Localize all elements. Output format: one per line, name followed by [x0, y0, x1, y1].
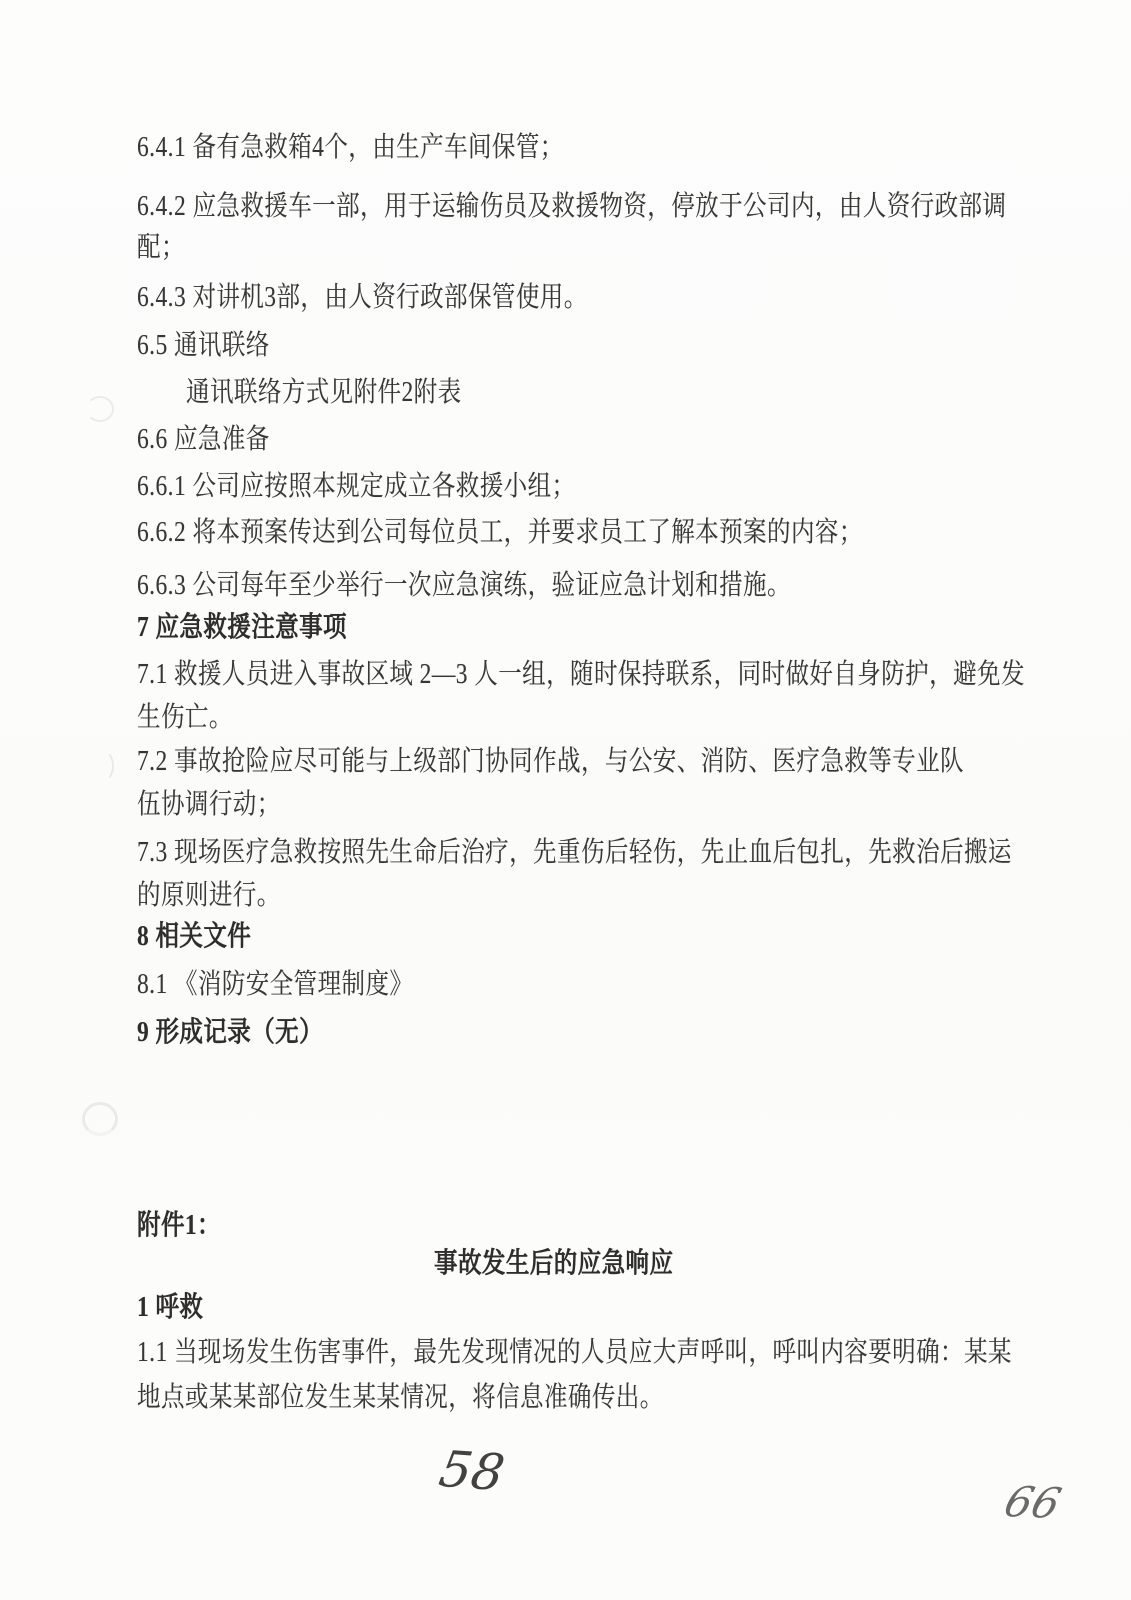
doc-line-7-1-cont: 生伤亡。 [137, 701, 233, 735]
doc-line-6-6-1: 6.6.1 公司应按照本规定成立各救援小组； [137, 470, 575, 504]
doc-line-6-6-3: 6.6.3 公司每年至少举行一次应急演练，验证应急计划和措施。 [137, 569, 791, 603]
doc-line-1-1-cont: 地点或某某部位发生某某情况，将信息准确传出。 [137, 1381, 664, 1415]
doc-line-6-4-2-cont: 配； [137, 231, 185, 265]
doc-line-7-2: 7.2 事故抢险应尽可能与上级部门协同作战，与公安、消防、医疗急救等专业队 [137, 745, 964, 779]
handwritten-page-number-corner: 66 [999, 1477, 1066, 1527]
doc-heading-7: 7 应急救援注意事项 [137, 611, 347, 645]
doc-line-6-5: 6.5 通讯联络 [137, 329, 270, 363]
attachment-label: 附件1： [137, 1209, 221, 1243]
scanned-document-page: 6.4.1 备有急救箱4个，由生产车间保管； 6.4.2 应急救援车一部，用于运… [0, 0, 1131, 1600]
doc-line-1-1: 1.1 当现场发生伤害事件，最先发现情况的人员应大声呼叫，呼叫内容要明确：某某 [137, 1336, 1012, 1370]
doc-line-6-6-2: 6.6.2 将本预案传达到公司每位员工，并要求员工了解本预案的内容； [137, 516, 863, 550]
doc-heading-8: 8 相关文件 [137, 920, 251, 954]
doc-line-7-2-cont: 伍协调行动； [137, 788, 281, 822]
doc-line-6-4-2: 6.4.2 应急救援车一部，用于运输伤员及救援物资，停放于公司内，由人资行政部调 [137, 190, 1006, 224]
handwritten-page-number-center: 58 [435, 1440, 509, 1502]
doc-line-6-4-3: 6.4.3 对讲机3部，由人资行政部保管使用。 [137, 281, 588, 315]
doc-line-6-5-note: 通讯联络方式见附件2附表 [186, 376, 462, 410]
doc-heading-1: 1 呼救 [137, 1291, 203, 1325]
doc-line-6-4-1: 6.4.1 备有急救箱4个，由生产车间保管； [137, 131, 564, 165]
attachment-title: 事故发生后的应急响应 [434, 1247, 673, 1281]
doc-line-7-1: 7.1 救援人员进入事故区域 2—3 人一组，随时保持联系，同时做好自身防护，避… [137, 658, 1025, 692]
scan-artifact-arc [92, 750, 114, 782]
doc-line-7-3-cont: 的原则进行。 [137, 879, 281, 913]
scan-artifact-ring [86, 396, 114, 422]
doc-line-8-1: 8.1 《消防安全管理制度》 [137, 968, 413, 1002]
scan-artifact-ring [82, 1102, 118, 1136]
doc-heading-9: 9 形成记录（无） [137, 1016, 323, 1050]
doc-line-6-6: 6.6 应急准备 [137, 423, 270, 457]
doc-line-7-3: 7.3 现场医疗急救按照先生命后治疗，先重伤后轻伤，先止血后包扎，先救治后搬运 [137, 836, 1012, 870]
